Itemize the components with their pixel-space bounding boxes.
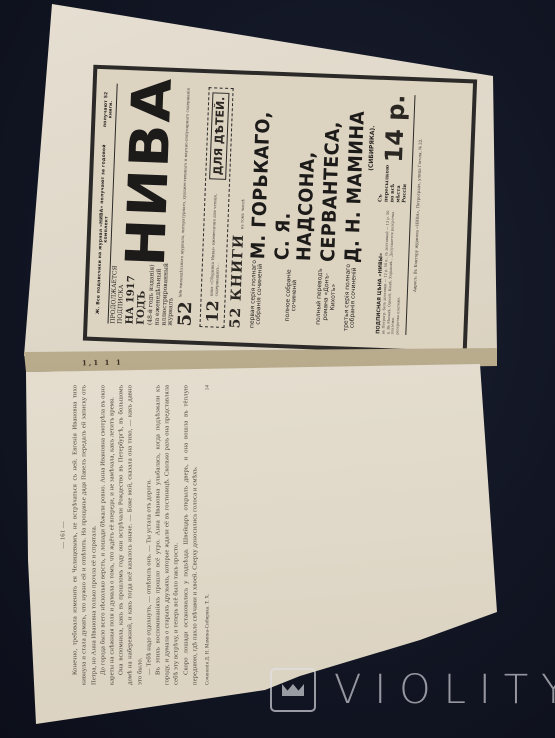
page-number: — 161 — [59, 385, 68, 685]
author-entry-label: полный переводъ романа «Донъ-Кихотъ» [316, 262, 338, 333]
advertisement-frame: Ж. Все подписчики на журнал «НИВА» получ… [83, 65, 477, 356]
paragraph: До города было всего нѣсколько верстъ, и… [98, 385, 116, 685]
box-highlight: ДЛЯ ДѢТЕЙ. [209, 92, 229, 179]
journal-desc: на еженедѣльный иллюстрированный журналъ [154, 263, 177, 326]
paragraph: — Тебѣ надо отдохнуть, — отвѣтилъ онъ. —… [144, 385, 153, 685]
author-entry-label: полное собраніе сочиненій [284, 260, 300, 330]
books-note: въ томъ числѣ [240, 199, 246, 229]
paragraph: Она вспомнила, какъ въ прошломъ году они… [117, 385, 145, 685]
price-details: ПОДПИСНАЯ ЦѢНА «НИВЫ» въ Петрогр. безъ д… [375, 206, 405, 335]
footer-left: Сочиненія Д. Н. Мамина-Сибиряка. Т. X. [204, 594, 213, 685]
photo-scene: Ж. Все подписчики на журнал «НИВА» получ… [0, 0, 555, 738]
article-text: — 161 — Конечно, требовала изменить ея Ч… [59, 385, 454, 685]
magazine-title: НИВА [113, 75, 183, 268]
spine-marks: 1,1 1 1 [82, 358, 123, 368]
watermark: VIOLITY [270, 667, 555, 713]
watermark-text: VIOLITY [334, 667, 555, 713]
ad-top-line-right: получают 52 книги. [103, 83, 115, 136]
crown-icon [270, 668, 316, 712]
footer-right: 14 [204, 385, 213, 390]
paragraph: Въ этихъ воспоминаніяхъ прошло всё утро.… [154, 385, 182, 685]
page-footer: Сочиненія Д. Н. Мамина-Сибиряка. Т. X. 1… [204, 385, 213, 685]
box-number: 12 [203, 300, 223, 323]
author-entry-label: третья серія полнаго собранія сочиненій [343, 263, 359, 333]
issues-number: 52 [177, 301, 196, 327]
paragraph: Конечно, требовала изменить ея Челищевым… [71, 385, 99, 685]
crown-shape [282, 684, 304, 696]
box-text: книг «Сборника Нивы» ежемесячно для чтен… [208, 183, 222, 296]
subscription-info: ПРОДОЛЖАЕТСЯ ПОДПИСКА НА 1917 ГОДЪ (48-й… [111, 261, 178, 326]
ad-masthead: ПРОДОЛЖАЕТСЯ ПОДПИСКА НА 1917 ГОДЪ (48-й… [110, 76, 184, 334]
advertisement: Ж. Все подписчики на журнал «НИВА» получ… [89, 75, 471, 345]
author-name: С. Я. НАДСОНА, [271, 103, 321, 261]
price-value: 14 р. [380, 94, 411, 163]
author-entry-label: первая серія полнаго собранія сочиненій [249, 259, 265, 329]
paragraph: Скоро лошади остановились у подъѣзда. Шв… [181, 385, 199, 685]
postage-label: Съ пересылкою во всѣ мѣста Россіи [378, 166, 409, 203]
